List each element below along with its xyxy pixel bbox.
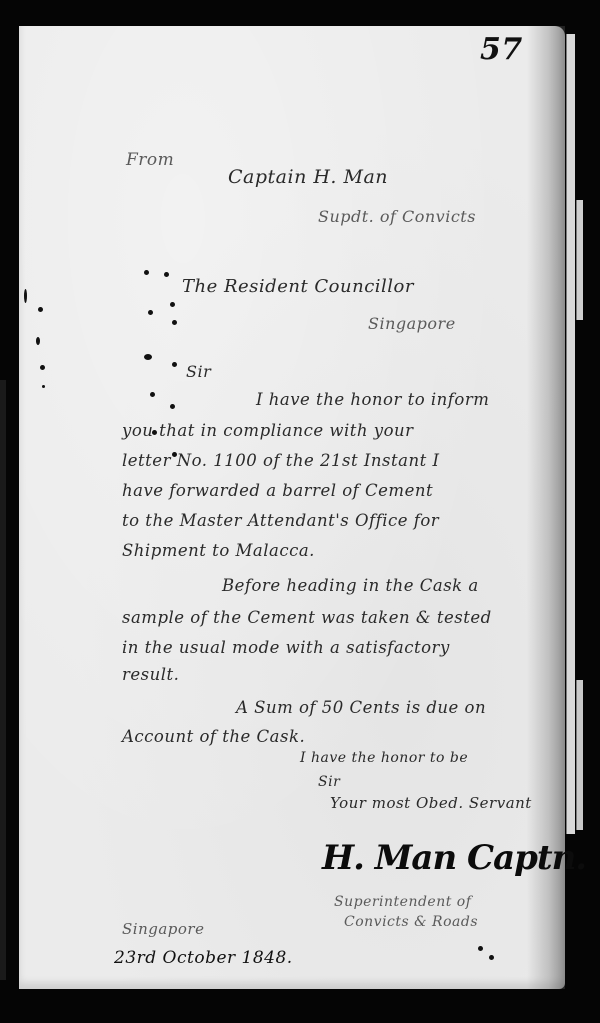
closing-line: Sir [318,774,340,790]
sender-title: Supdt. of Convicts [318,207,476,226]
page-edge-tab [576,680,583,830]
signature: H. Man Captn. [322,838,586,878]
body-line: A Sum of 50 Cents is due on [236,698,486,717]
body-line: sample of the Cement was taken & tested [122,608,492,627]
folio-number: 57 [480,32,523,67]
body-line: Shipment to Malacca. [122,541,315,560]
body-line: Before heading in the Cask a [222,576,479,595]
signature-title: Convicts & Roads [344,914,478,930]
closing-line: I have the honor to be [300,750,468,766]
from-label: From [126,150,174,170]
body-line: you that in compliance with your [122,421,414,440]
body-line: have forwarded a barrel of Cement [122,481,433,500]
body-line: in the usual mode with a satisfactory [122,638,450,657]
ink-blot [489,955,494,960]
body-line: I have the honor to inform [256,390,489,409]
ink-blot [478,946,483,951]
left-margin-marks [22,285,52,395]
recipient-name: The Resident Councillor [182,276,414,297]
closing-line: Your most Obed. Servant [330,794,532,812]
letter-date: 23rd October 1848. [114,948,293,968]
body-line: to the Master Attendant's Office for [122,511,439,530]
body-line: Account of the Cask. [122,727,305,746]
sender-name: Captain H. Man [228,166,388,188]
body-line: result. [122,665,179,684]
signature-title: Superintendent of [334,894,471,910]
page-edge-binding [566,34,575,834]
letter-place: Singapore [122,920,204,938]
body-line: letter No. 1100 of the 21st Instant I [122,451,440,470]
recipient-place: Singapore [368,314,456,333]
page-edge-tab [576,200,583,320]
facing-page-edge [0,380,6,980]
scanned-document: 57 From Captain H. Man Supdt. of Convict… [0,0,600,1023]
